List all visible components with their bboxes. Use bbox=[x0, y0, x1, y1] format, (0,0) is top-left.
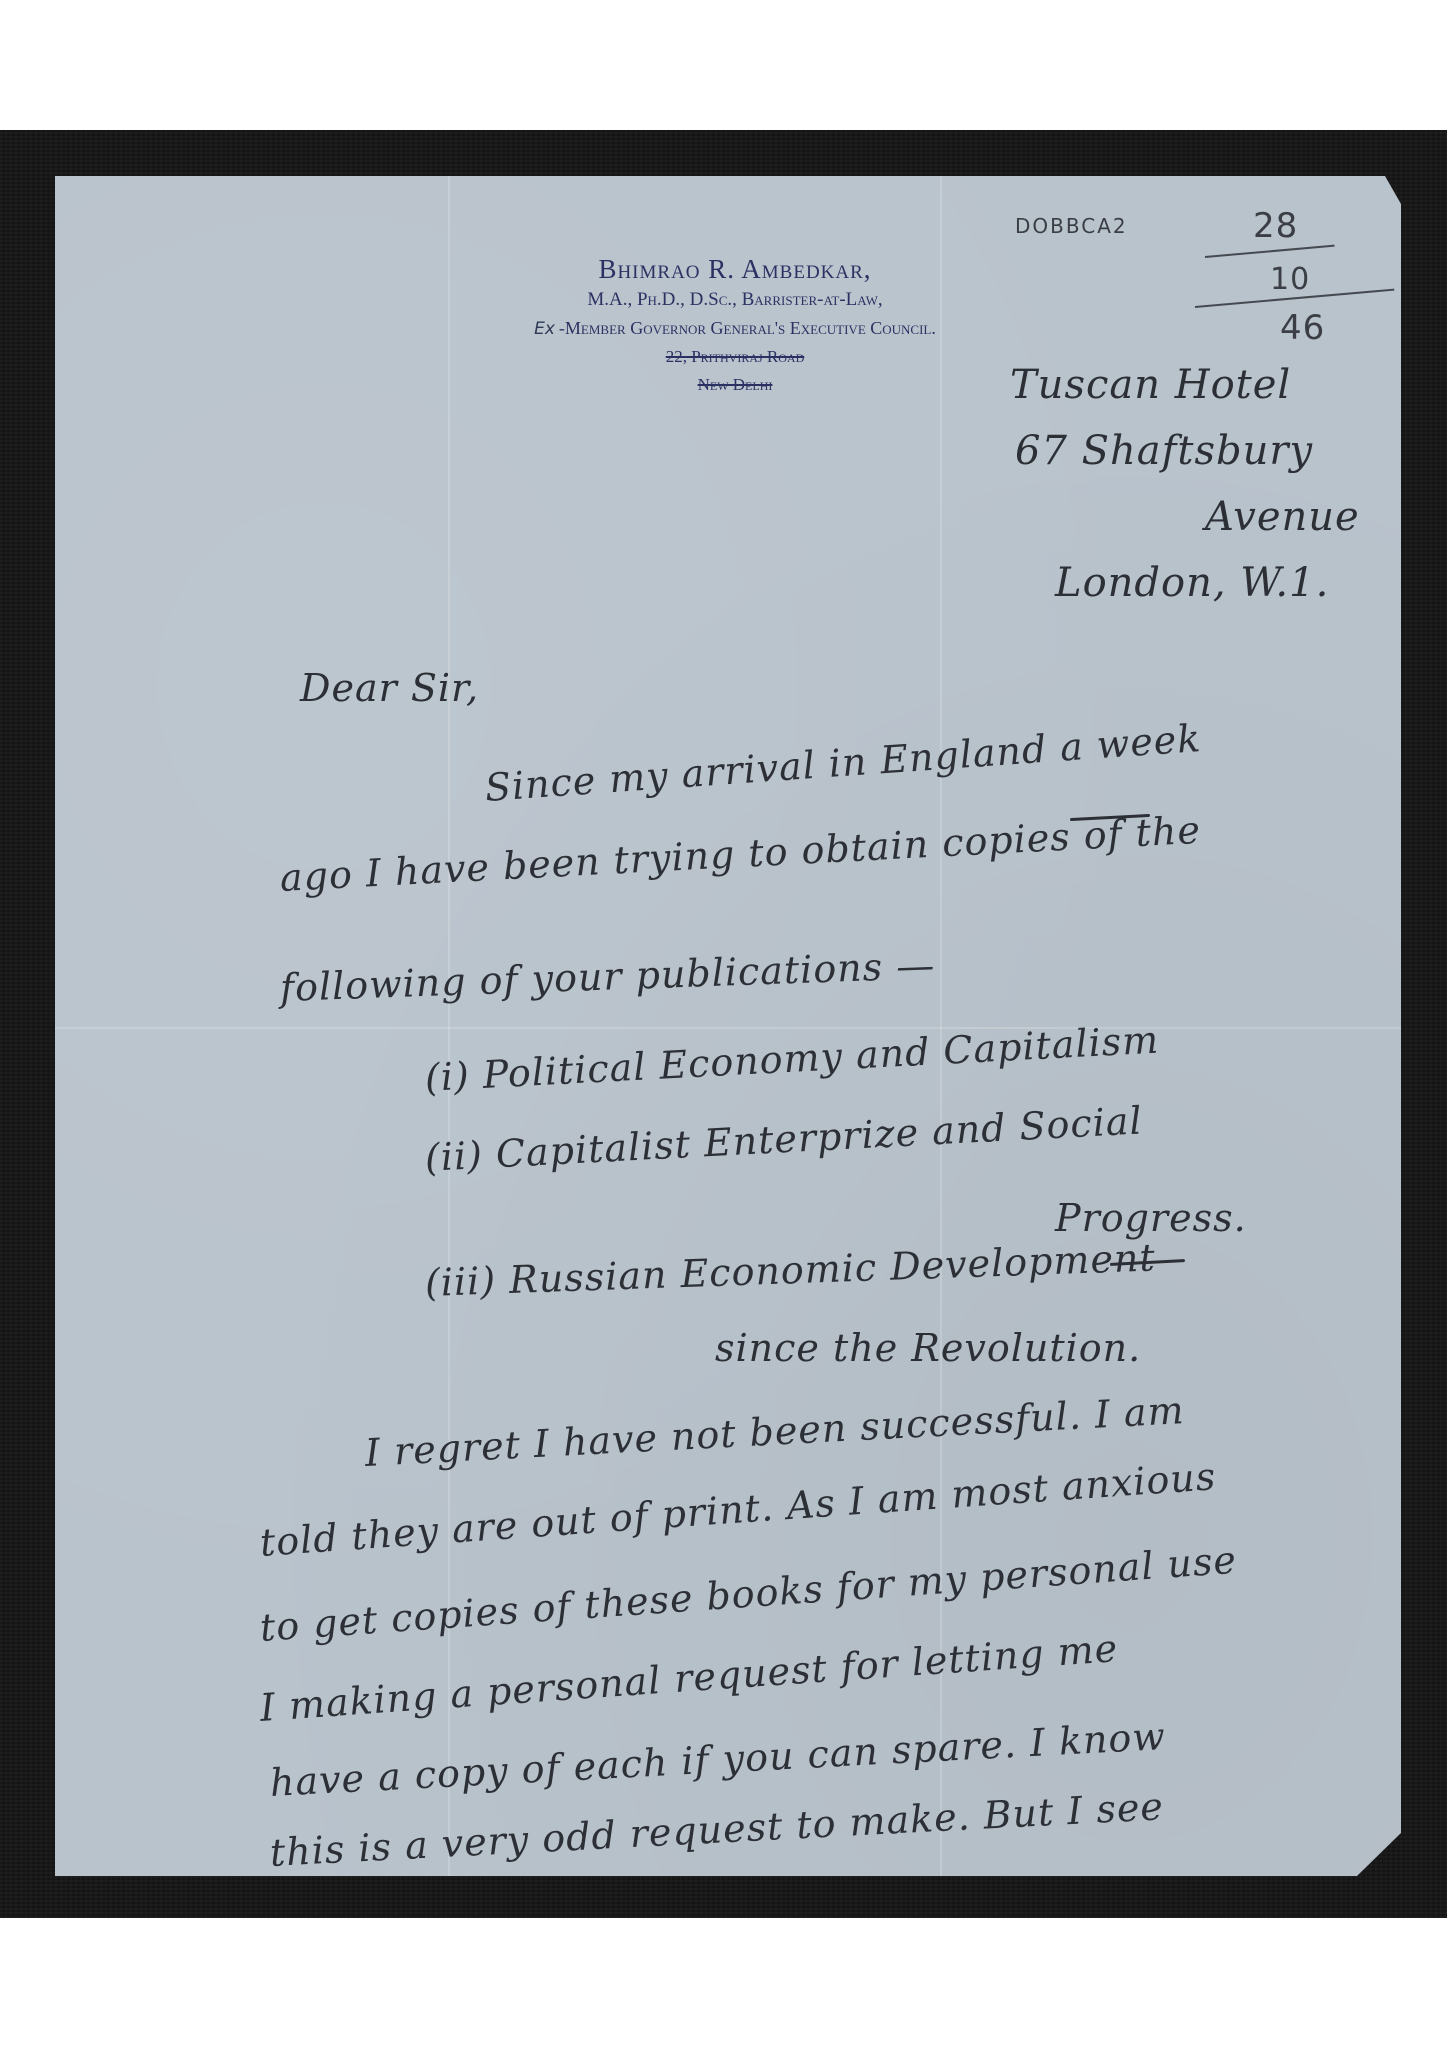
body-line: ago I have been trying to obtain copies … bbox=[279, 808, 1202, 900]
letterhead: Bhimrao R. Ambedkar, M.A., Ph.D., D.Sc.,… bbox=[385, 252, 1085, 399]
fold-line-horizontal bbox=[55, 1027, 1401, 1029]
body-line: Since my arrival in England a week bbox=[483, 716, 1202, 810]
publication-number: (iii) bbox=[424, 1259, 497, 1305]
body-line: following of your publications — bbox=[279, 943, 936, 1010]
publication-number: (i) bbox=[424, 1054, 471, 1100]
publication-title: Political Economy and Capitalism bbox=[482, 1018, 1161, 1097]
date-day: 28 bbox=[1253, 206, 1298, 246]
letterhead-degrees: M.A., Ph.D., D.Sc., Barrister-at-Law, bbox=[385, 286, 1085, 314]
date-year: 46 bbox=[1280, 308, 1325, 348]
address-line-1: Tuscan Hotel bbox=[1010, 362, 1291, 408]
salutation: Dear Sir, bbox=[300, 666, 479, 710]
letter-page: Bhimrao R. Ambedkar, M.A., Ph.D., D.Sc.,… bbox=[55, 176, 1401, 1876]
address-line-2: 67 Shaftsbury bbox=[1015, 428, 1313, 474]
fold-line-vertical-right bbox=[940, 176, 942, 1876]
letterhead-old-address-line1: 22, Prithviraj Road bbox=[385, 343, 1085, 371]
date-divider bbox=[1205, 245, 1335, 258]
publication-title-continued: since the Revolution. bbox=[715, 1326, 1141, 1370]
publication-number: (ii) bbox=[424, 1133, 484, 1180]
letterhead-council-text: -Member Governor General's Executive Cou… bbox=[559, 318, 936, 338]
letterhead-old-address-line2: New Delhi bbox=[385, 371, 1085, 399]
archive-reference: DOBBCA2 bbox=[1015, 214, 1128, 238]
publication-item: (i) Political Economy and Capitalism bbox=[424, 1018, 1160, 1100]
publication-title-continued: Progress. bbox=[1055, 1196, 1247, 1240]
body-line: I regret I have not been successful. I a… bbox=[364, 1388, 1186, 1475]
letterhead-council: Ex-Member Governor General's Executive C… bbox=[385, 314, 1085, 343]
publication-title: Russian Economic Development bbox=[508, 1236, 1156, 1303]
publication-title: Capitalist Enterprize and Social bbox=[495, 1098, 1144, 1176]
letterhead-name: Bhimrao R. Ambedkar, bbox=[385, 252, 1085, 286]
body-line: I making a personal request for letting … bbox=[258, 1626, 1119, 1730]
address-line-4: London, W.1. bbox=[1055, 560, 1329, 606]
address-line-3: Avenue bbox=[1205, 494, 1360, 540]
publication-item: (iii) Russian Economic Development bbox=[424, 1236, 1156, 1305]
publication-item: (ii) Capitalist Enterprize and Social bbox=[424, 1098, 1144, 1180]
date-month: 10 bbox=[1270, 262, 1310, 297]
handwritten-ex-mark: Ex bbox=[534, 319, 555, 339]
